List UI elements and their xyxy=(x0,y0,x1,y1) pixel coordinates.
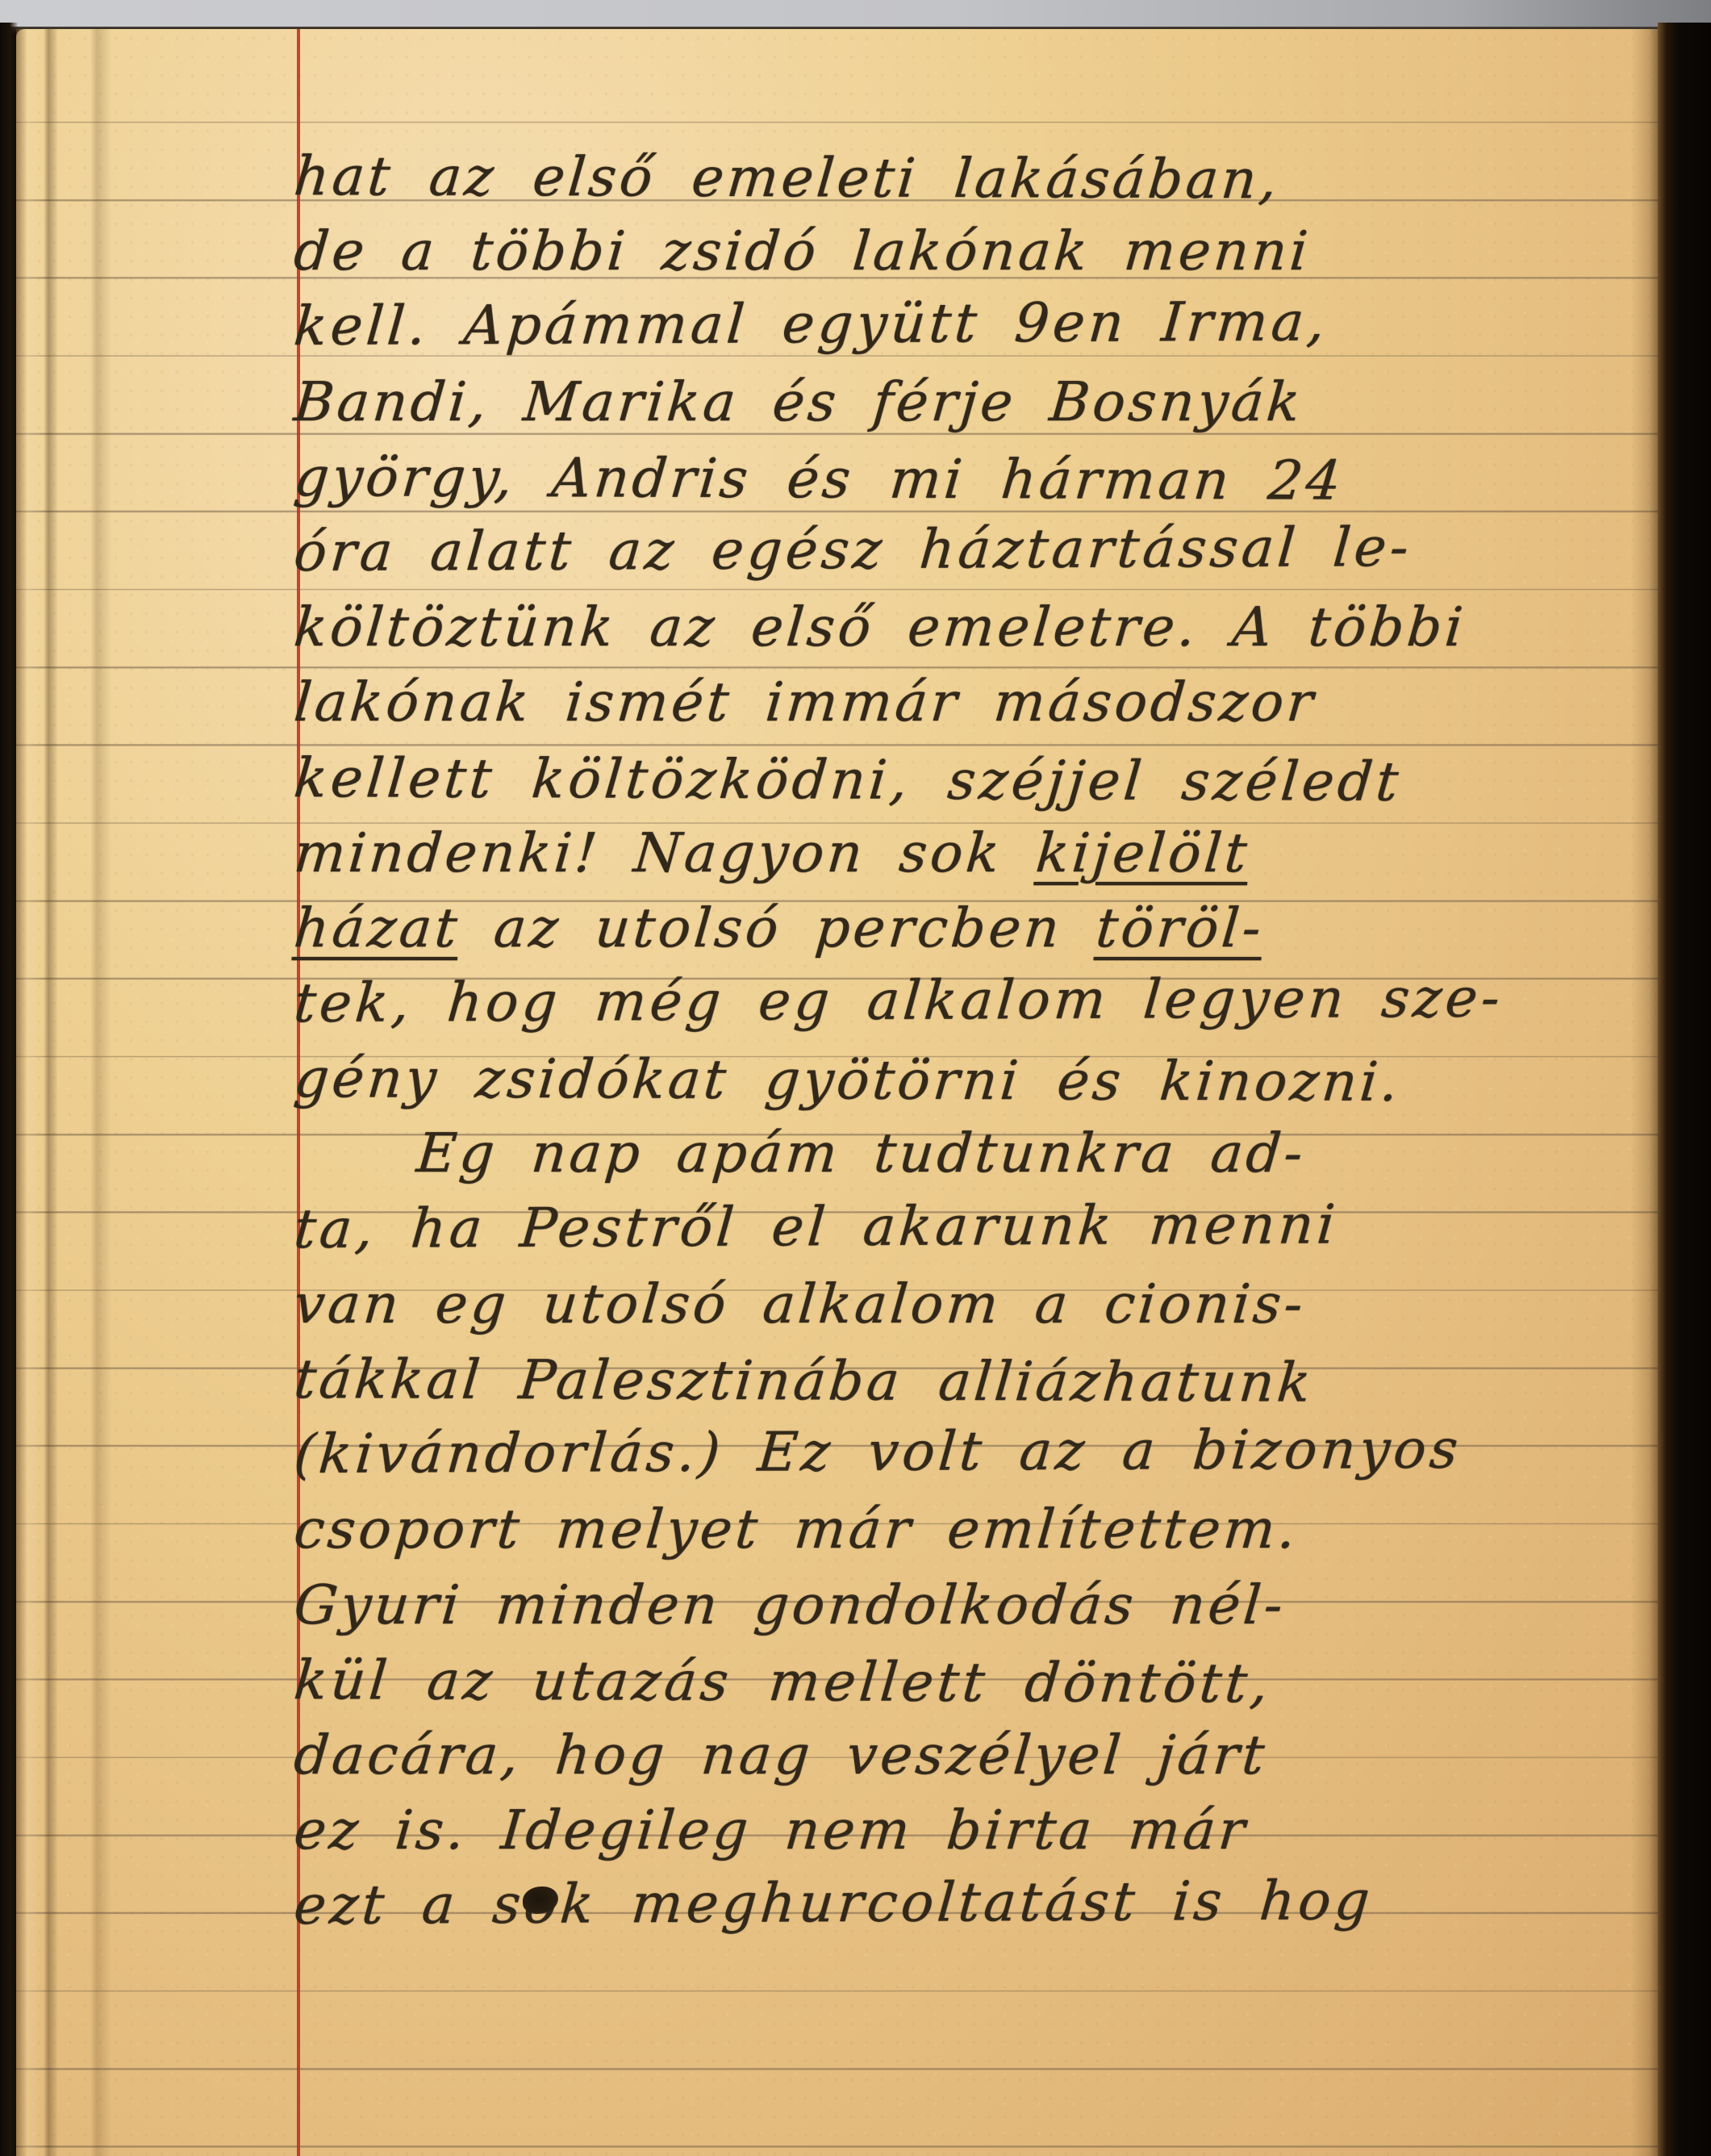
text-run: lakónak ismét immár másodszor xyxy=(291,671,1318,733)
text-run: Bandi, Marika és férje Bosnyák xyxy=(291,370,1305,433)
diary-page-photo: hat az első emeleti lakásában,de a többi… xyxy=(0,0,1711,2156)
text-run: kül az utazás mellett döntött, xyxy=(291,1648,1274,1715)
text-run: ez is. Idegileg nem birta már xyxy=(291,1799,1250,1861)
text-run: Eg nap apám tudtunkra ad- xyxy=(414,1122,1308,1185)
handwritten-text: hat az első emeleti lakásában,de a többi… xyxy=(292,139,1658,1944)
manuscript-line: mindenki! Nagyon sok kijelölt xyxy=(291,816,1663,891)
page-gutter-shading xyxy=(16,29,137,2156)
manuscript-line: házat az utolsó percben töröl- xyxy=(291,891,1663,966)
manuscript-line: gény zsidókat gyötörni és kinozni. xyxy=(291,1041,1663,1121)
text-run: de a többi zsidó lakónak menni xyxy=(291,219,1313,282)
manuscript-line: tek, hog még eg alkalom legyen sze- xyxy=(291,960,1663,1042)
text-run: óra alatt az egész háztartással le- xyxy=(292,516,1415,583)
scanner-background xyxy=(0,0,1711,29)
manuscript-line: tákkal Palesztinába alliázhatunk xyxy=(291,1342,1663,1422)
text-run: kell. Apámmal együtt 9en Irma, xyxy=(292,290,1331,358)
manuscript-line: ez is. Idegileg nem birta már xyxy=(291,1793,1663,1868)
text-run: van eg utolsó alkalom a cionis- xyxy=(291,1272,1308,1335)
manuscript-line: Gyuri minden gondolkodás nél- xyxy=(291,1568,1663,1643)
book-fore-edge xyxy=(1658,23,1711,2156)
manuscript-line: kell. Apámmal együtt 9en Irma, xyxy=(291,283,1663,365)
text-run: ezt a sok meghurcoltatást is hog xyxy=(292,1869,1376,1937)
text-run: ta, ha Pestről el akarunk menni xyxy=(292,1193,1342,1260)
text-run: tákkal Palesztinába alliázhatunk xyxy=(291,1347,1316,1414)
text-run: kellett költözködni, széjjel széledt xyxy=(291,746,1404,813)
text-run: gény zsidókat gyötörni és kinozni. xyxy=(291,1047,1404,1114)
manuscript-line: ta, ha Pestről el akarunk menni xyxy=(291,1185,1663,1267)
manuscript-line: (kivándorlás.) Ez volt az a bizonyos xyxy=(291,1411,1663,1493)
manuscript-line: Eg nap apám tudtunkra ad- xyxy=(291,1116,1663,1191)
text-run: Gyuri minden gondolkodás nél- xyxy=(291,1573,1288,1636)
text-run: az utolsó percben xyxy=(457,896,1100,959)
manuscript-line: hat az első emeleti lakásában, xyxy=(291,139,1663,219)
manuscript-line: csoport melyet már említettem. xyxy=(291,1492,1663,1567)
manuscript-line: kül az utazás mellett döntött, xyxy=(291,1643,1663,1723)
text-run: (kivándorlás.) Ez volt az a bizonyos xyxy=(292,1418,1464,1485)
manuscript-line: van eg utolsó alkalom a cionis- xyxy=(291,1267,1663,1342)
manuscript-line: györgy, Andris és mi hárman 24 xyxy=(291,440,1663,520)
manuscript-line: lakónak ismét immár másodszor xyxy=(291,665,1663,740)
text-run: mindenki! Nagyon sok xyxy=(291,821,1039,884)
manuscript-line: költöztünk az első emeletre. A többi xyxy=(291,590,1663,665)
text-run: tek, hog még eg alkalom legyen sze- xyxy=(292,967,1506,1035)
book-spine-edge xyxy=(0,23,18,2156)
text-run: hat az első emeleti lakásában, xyxy=(291,144,1283,211)
manuscript-line: Bandi, Marika és férje Bosnyák xyxy=(291,365,1663,440)
manuscript-line: dacára, hog nag veszélyel járt xyxy=(291,1718,1663,1793)
underlined-word: házat xyxy=(291,896,462,959)
manuscript-line: kellett költözködni, széjjel széledt xyxy=(291,741,1663,821)
text-run: györgy, Andris és mi hárman 24 xyxy=(291,445,1346,512)
text-run: dacára, hog nag veszélyel járt xyxy=(291,1724,1270,1786)
underlined-word: töröl- xyxy=(1094,896,1267,959)
manuscript-line: ezt a sok meghurcoltatást is hog xyxy=(291,1862,1663,1944)
manuscript-line: óra alatt az egész háztartással le- xyxy=(291,509,1663,591)
manuscript-line: de a többi zsidó lakónak menni xyxy=(291,214,1663,289)
text-run: csoport melyet már említettem. xyxy=(291,1498,1301,1561)
underlined-word: kijelölt xyxy=(1033,821,1252,884)
text-run: költöztünk az első emeletre. A többi xyxy=(291,595,1468,658)
